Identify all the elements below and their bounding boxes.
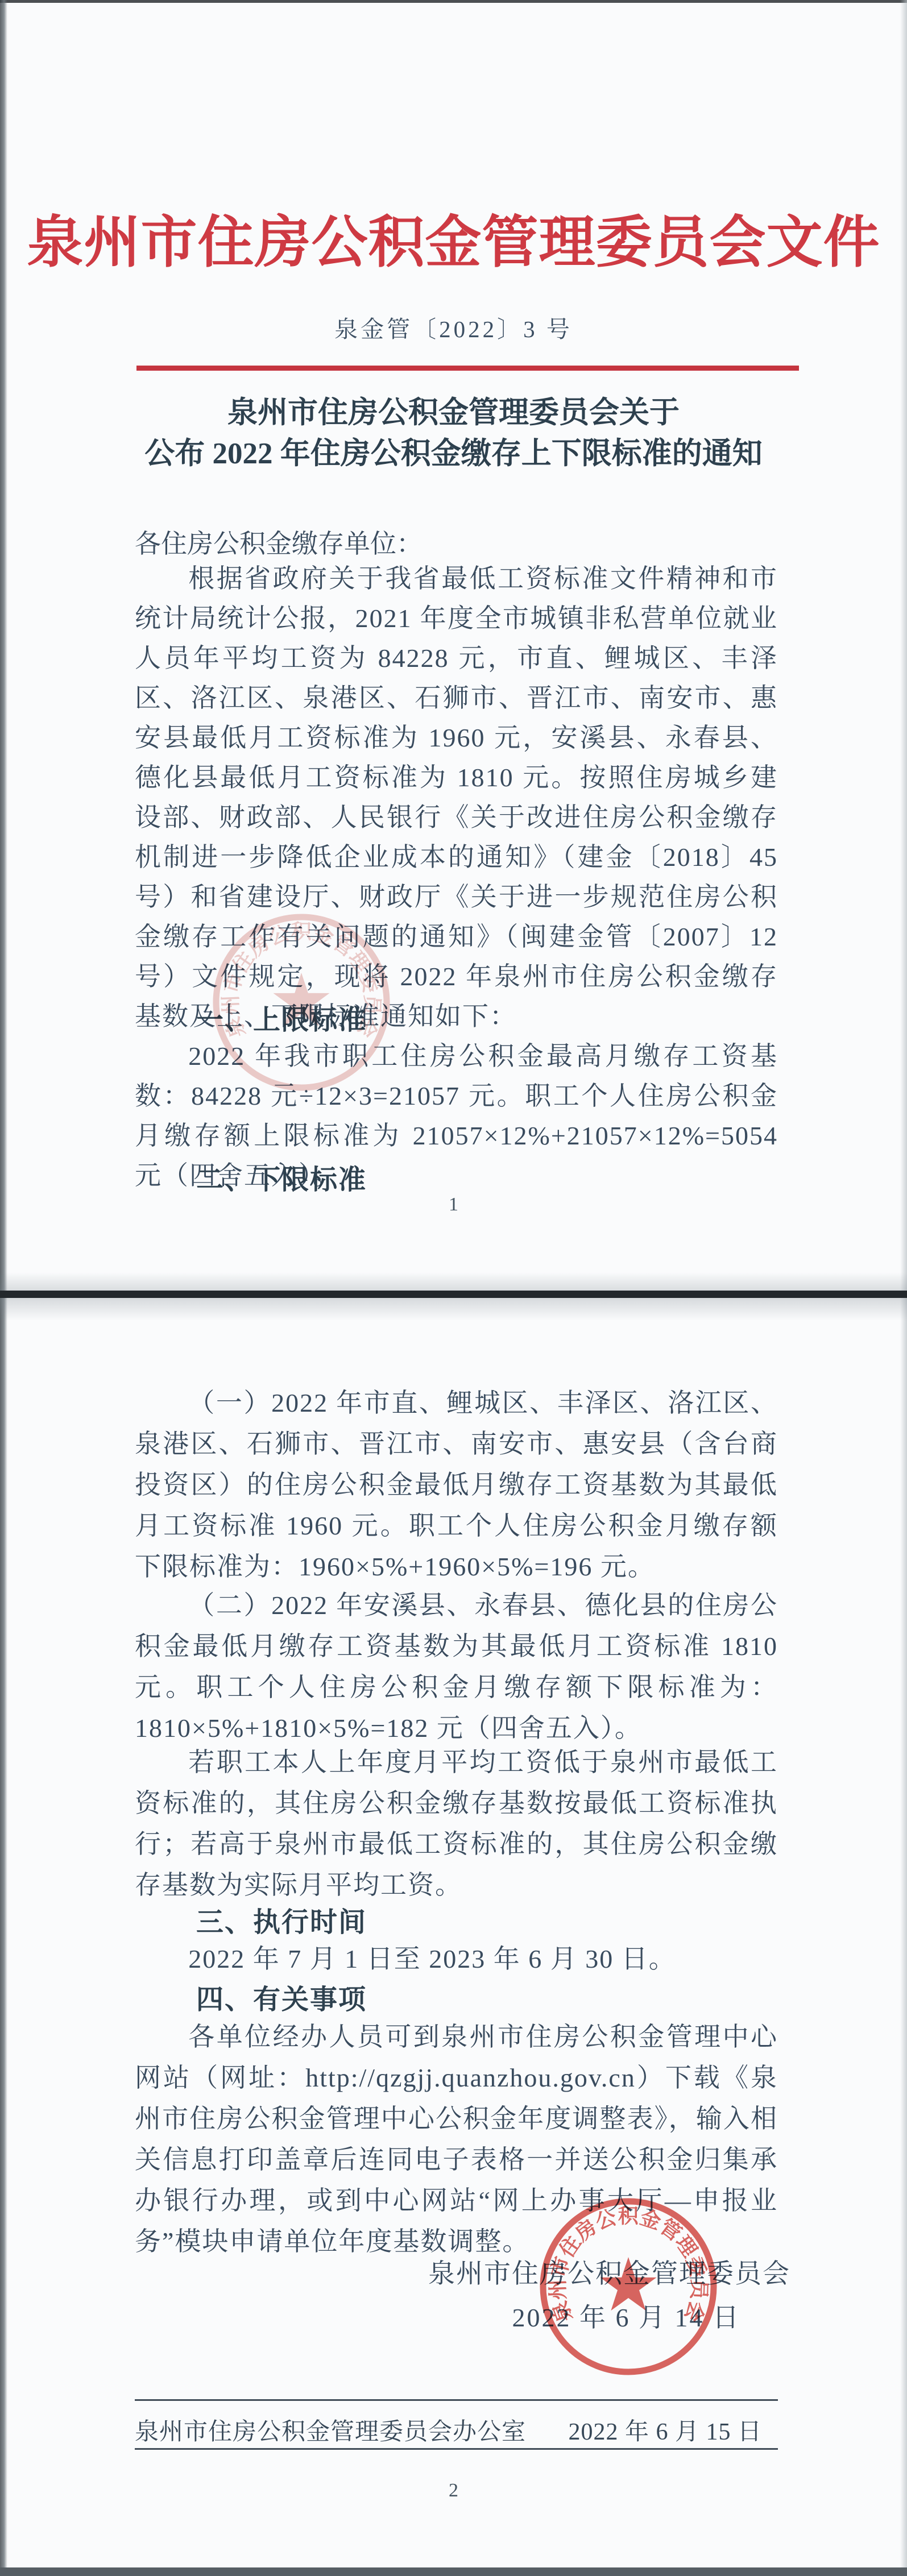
page-gap	[0, 1291, 907, 1298]
document-scan: 泉州市住房公积金管理委员会文件 泉金管〔2022〕3 号 泉州市住房公积金管理委…	[0, 0, 907, 2576]
paragraph-item-two: （二）2022 年安溪县、永春县、德化县的住房公积金最低月缴存工资基数为其最低月…	[135, 1585, 778, 1749]
heading-lower-limit: 二、下限标准	[196, 1158, 367, 1197]
paragraph-effective-period: 2022 年 7 月 1 日至 2023 年 6 月 30 日。	[135, 1939, 778, 1980]
letterhead-rule	[136, 366, 799, 371]
seal-star-icon	[274, 973, 330, 1026]
paragraph-item-one: （一）2022 年市直、鲤城区、丰泽区、洛江区、泉港区、石狮市、晋江市、南安市、…	[135, 1383, 778, 1587]
letterhead-title: 泉州市住房公积金管理委员会文件	[0, 206, 907, 281]
notice-title-line1: 泉州市住房公积金管理委员会关于	[0, 392, 907, 433]
footer-office: 泉州市住房公积金管理委员会办公室	[135, 2413, 526, 2447]
official-seal-faint: 泉州市住房公积金管理委员会	[205, 906, 398, 1099]
document-number: 泉金管〔2022〕3 号	[0, 310, 907, 344]
notice-title: 泉州市住房公积金管理委员会关于 公布 2022 年住房公积金缴存上下限标准的通知	[0, 392, 907, 474]
salutation: 各住房公积金缴存单位：	[135, 523, 423, 561]
scan-edge-left	[0, 0, 7, 2576]
notice-title-line2: 公布 2022 年住房公积金缴存上下限标准的通知	[0, 433, 907, 474]
footer-row: 泉州市住房公积金管理委员会办公室 2022 年 6 月 15 日	[135, 2413, 778, 2447]
paragraph-note: 若职工本人上年度月平均工资低于泉州市最低工资标准的，其住房公积金缴存基数按最低工…	[135, 1742, 778, 1906]
footer-rule-top	[135, 2399, 778, 2401]
seal-star-icon	[600, 2257, 657, 2310]
page-gap-shadow-top	[0, 1272, 907, 1291]
page-gap-shadow-bottom	[0, 1298, 907, 1321]
footer-rule-bottom	[135, 2448, 778, 2450]
footer-print-date: 2022 年 6 月 15 日	[568, 2413, 762, 2447]
scan-edge-right	[900, 0, 907, 2576]
official-seal: 泉州市住房公积金管理委员会	[532, 2190, 725, 2383]
scan-edge-top	[0, 0, 907, 3]
scan-edge-bottom	[0, 2567, 907, 2576]
heading-related-matters: 四、有关事项	[196, 1977, 367, 2017]
page-number-2: 2	[0, 2480, 907, 2502]
heading-effective-period: 三、执行时间	[196, 1900, 367, 1939]
page-number-1: 1	[0, 1194, 907, 1216]
